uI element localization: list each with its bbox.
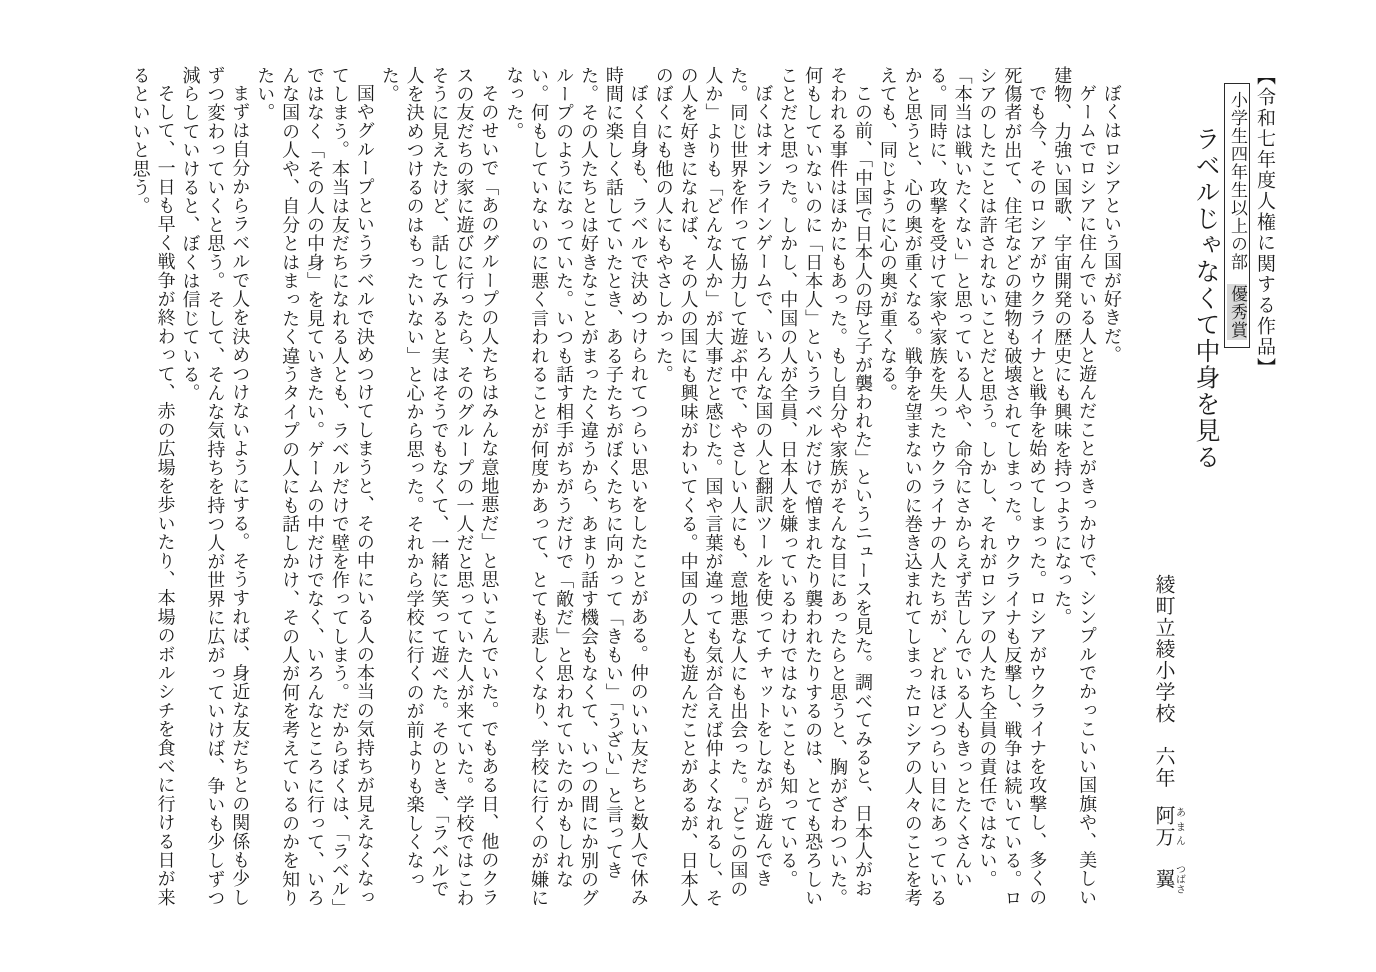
body-paragraph: そして、一日も早く戦争が終わって、赤の広場を歩いたり、本場のボルシチを食べに行け… xyxy=(127,66,177,913)
author-given-name: 翼つばさ xyxy=(1152,864,1176,894)
author-surname: 阿万あまん xyxy=(1152,805,1176,848)
body-paragraph: ゲームでロシアに住んでいる人と遊んだことがきっかけで、シンプルでかっこいい国旗や… xyxy=(1048,66,1098,913)
document-page: 【令和七年度人権に関する作品】 小学生四年生以上の部優秀賞 ラベルじゃなくて中身… xyxy=(0,0,1376,972)
vertical-text-layout: 【令和七年度人権に関する作品】 小学生四年生以上の部優秀賞 ラベルじゃなくて中身… xyxy=(127,66,1280,913)
body-paragraph: ぼくはロシアという国が好きだ。 xyxy=(1098,66,1123,913)
essay-title: ラベルじゃなくて中身を見る xyxy=(1188,126,1224,471)
award-label: 優秀賞 xyxy=(1227,284,1247,340)
body-paragraph: まずは自分からラベルで人を決めつけないようにする。そうすれば、身近な友だちとの関… xyxy=(177,66,252,913)
contest-category-heading: 【令和七年度人権に関する作品】 xyxy=(1250,66,1280,378)
author-surname-text: 阿万 xyxy=(1152,805,1176,848)
given-name-furigana: つばさ xyxy=(1174,864,1185,894)
body-paragraph: そのせいで「あのグループの人たちはみんな意地悪だ」と思いこんでいた。でもある日、… xyxy=(376,66,501,913)
division-label: 小学生四年生以上の部 xyxy=(1227,91,1247,271)
body-paragraph: ぼくはオンラインゲームで、いろんな国の人と翻訳ツールを使ってチャットをしながら遊… xyxy=(650,66,775,913)
body-paragraph: ぼく自身も、ラベルで決めつけられてつらい思いをしたことがある。仲のいい友だちと数… xyxy=(500,66,649,913)
body-paragraph: この前、「中国で日本人の母と子が襲われた」というニュースを見た。調べてみると、日… xyxy=(774,66,874,913)
author-given-name-text: 翼 xyxy=(1152,864,1176,894)
essay-body: ぼくはロシアという国が好きだ。 ゲームでロシアに住んでいる人と遊んだことがきっか… xyxy=(127,66,1123,913)
author-line: 綾町立綾小学校 六年阿万あまん翼つばさ xyxy=(1149,574,1184,894)
award-division-box: 小学生四年生以上の部優秀賞 xyxy=(1224,83,1250,348)
school-grade-label: 綾町立綾小学校 六年 xyxy=(1152,574,1176,789)
surname-furigana: あまん xyxy=(1174,805,1185,848)
body-paragraph: でも今、そのロシアがウクライナと戦争を始めてしまった。ロシアがウクライナを攻撃し… xyxy=(874,66,1048,913)
body-paragraph: 国やグループというラベルで決めつけてしまうと、その中にいる人の本当の気持ちが見え… xyxy=(251,66,376,913)
